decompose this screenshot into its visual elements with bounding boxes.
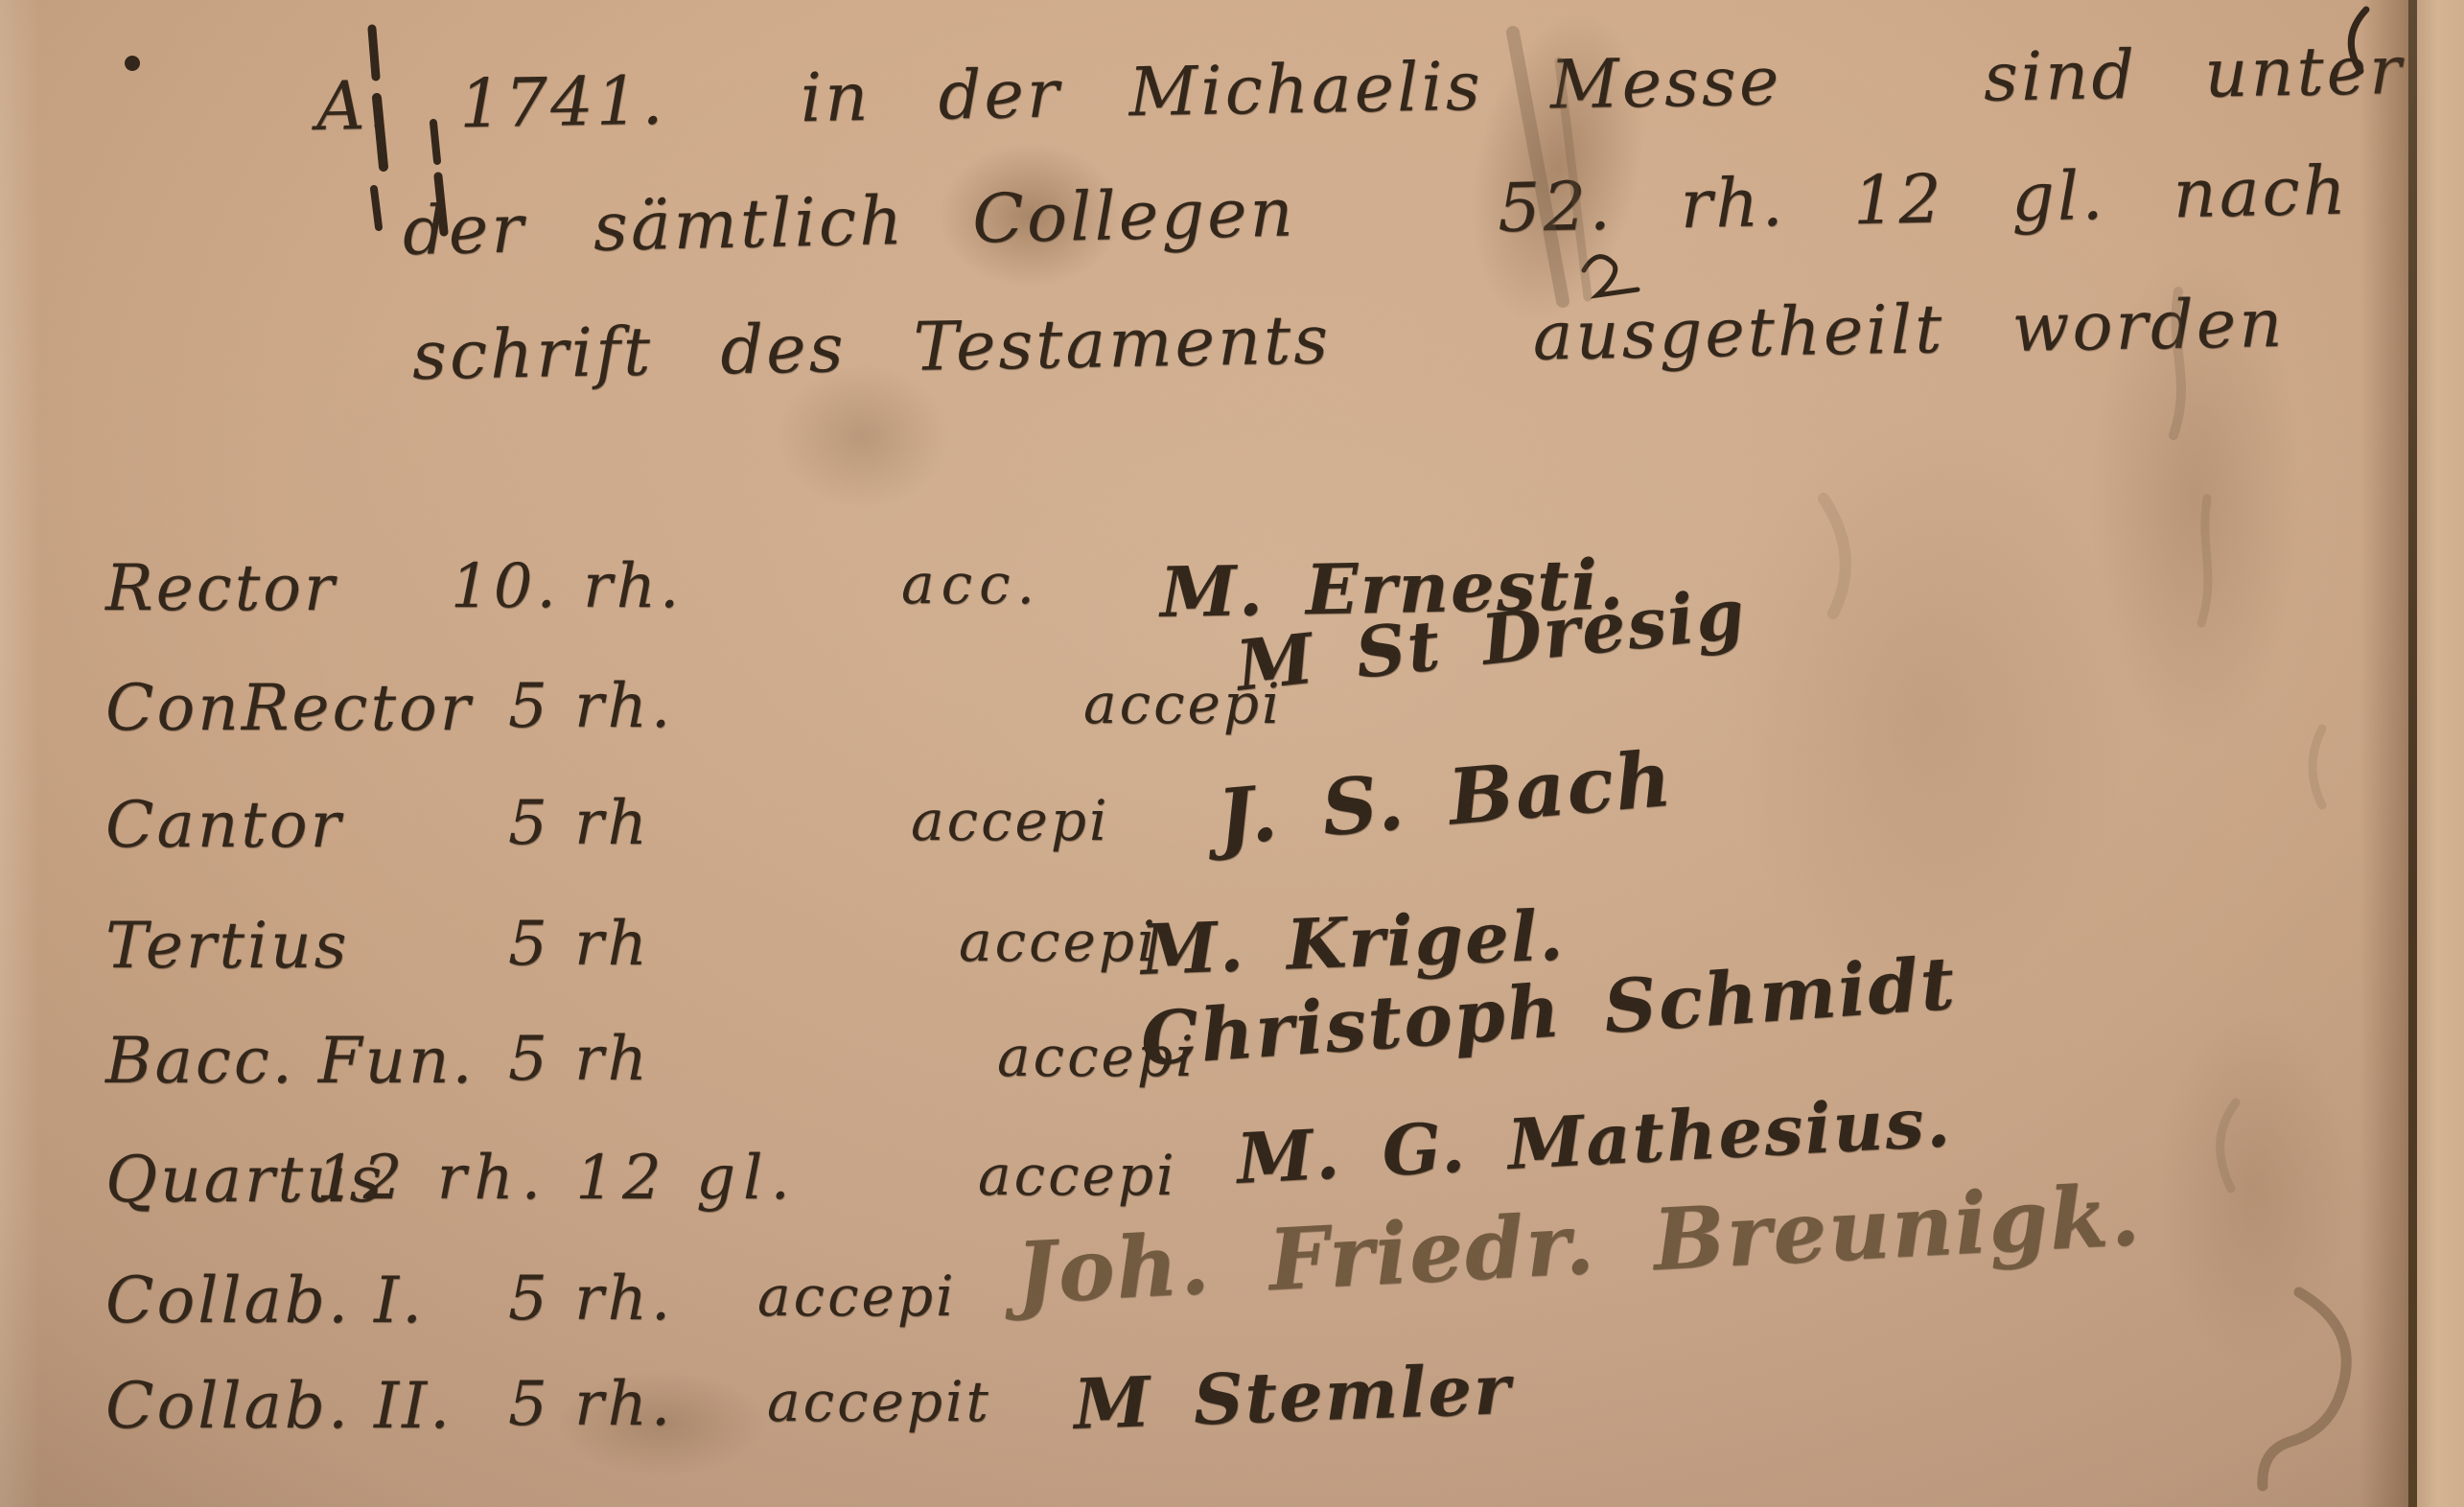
amount-value: 10. rh. [451, 551, 683, 622]
page-fold-shadow [2360, 0, 2410, 1507]
office-label: Collab. II. [105, 1369, 453, 1443]
receipt-word: accepit [767, 1369, 991, 1434]
amount-value: 5 rh [508, 1024, 651, 1095]
amount-value: 5 rh. [508, 671, 674, 742]
receipt-word: acc. [901, 551, 1041, 616]
amount-value: 12 rh. 12 gl. [316, 1143, 798, 1214]
entry-row-bacc-fun: Bacc. Fun. 5 rh accepi Christoph Schmidt [0, 1024, 2464, 1150]
office-label: Cantor [105, 788, 343, 862]
amount-value: 5 rh [508, 788, 651, 859]
receipt-word: accepi [959, 909, 1158, 974]
receipt-word: accepi [911, 788, 1110, 853]
office-label: Collab. I. [105, 1264, 425, 1337]
office-label: Bacc. Fun. [105, 1024, 476, 1098]
office-label: Tertius [105, 909, 350, 983]
entry-row-rector: Rector 10. rh. acc. M. Ernesti. [0, 551, 2464, 678]
amount-value: 5 rh. [508, 1369, 674, 1440]
office-label: ConRector [105, 671, 473, 745]
manuscript-page: A. 1741. in der Michaelis Messe sind unt… [0, 0, 2464, 1507]
receipt-word: accepi [978, 1143, 1177, 1208]
adjacent-page-edge [2417, 0, 2464, 1507]
entry-row-cantor: Cantor 5 rh accepi J. S. Bach [0, 788, 2464, 915]
entry-row-collab-2: Collab. II. 5 rh. accepit M Stemler [0, 1369, 2464, 1495]
page-fold-seam [2408, 0, 2417, 1507]
signature: M Stemler [1073, 1348, 1514, 1445]
amount-value: 5 rh. [508, 1264, 674, 1334]
office-label: Rector [105, 551, 337, 625]
receipt-word: accepi [757, 1264, 957, 1329]
amount-value: 5 rh [508, 909, 651, 980]
